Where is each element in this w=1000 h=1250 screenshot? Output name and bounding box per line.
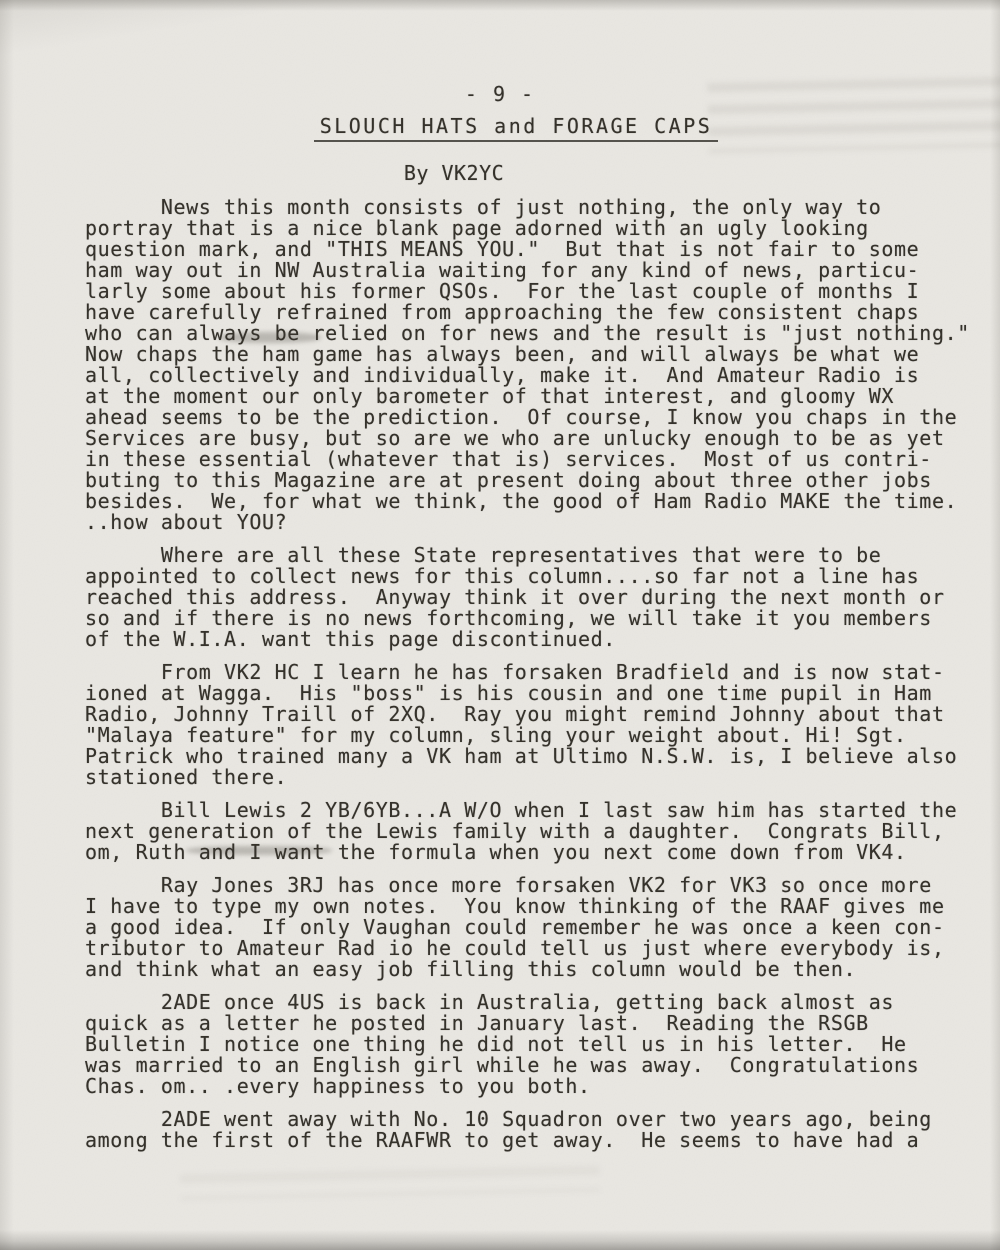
scanned-magazine-page: - 9 - SLOUCH HATS and FORAGE CAPS By VK2…: [0, 0, 1000, 1250]
paragraph: News this month consists of just nothing…: [85, 197, 980, 533]
paragraph: Ray Jones 3RJ has once more forsaken VK2…: [85, 875, 980, 980]
article-body: News this month consists of just nothing…: [85, 197, 980, 1163]
paragraph: 2ADE went away with No. 10 Squadron over…: [85, 1109, 980, 1151]
paragraph: Where are all these State representative…: [85, 545, 980, 650]
paragraph: Bill Lewis 2 YB/6YB...A W/O when I last …: [85, 800, 980, 863]
page-number: - 9 -: [0, 82, 1000, 106]
page-title: SLOUCH HATS and FORAGE CAPS: [314, 114, 719, 142]
bleed-through-ghost-text: [180, 1166, 600, 1201]
paragraph: From VK2 HC I learn he has forsaken Brad…: [85, 662, 980, 788]
byline: By VK2YC: [0, 161, 954, 185]
paragraph: 2ADE once 4US is back in Australia, gett…: [85, 992, 980, 1097]
title-row: SLOUCH HATS and FORAGE CAPS: [16, 114, 1000, 142]
